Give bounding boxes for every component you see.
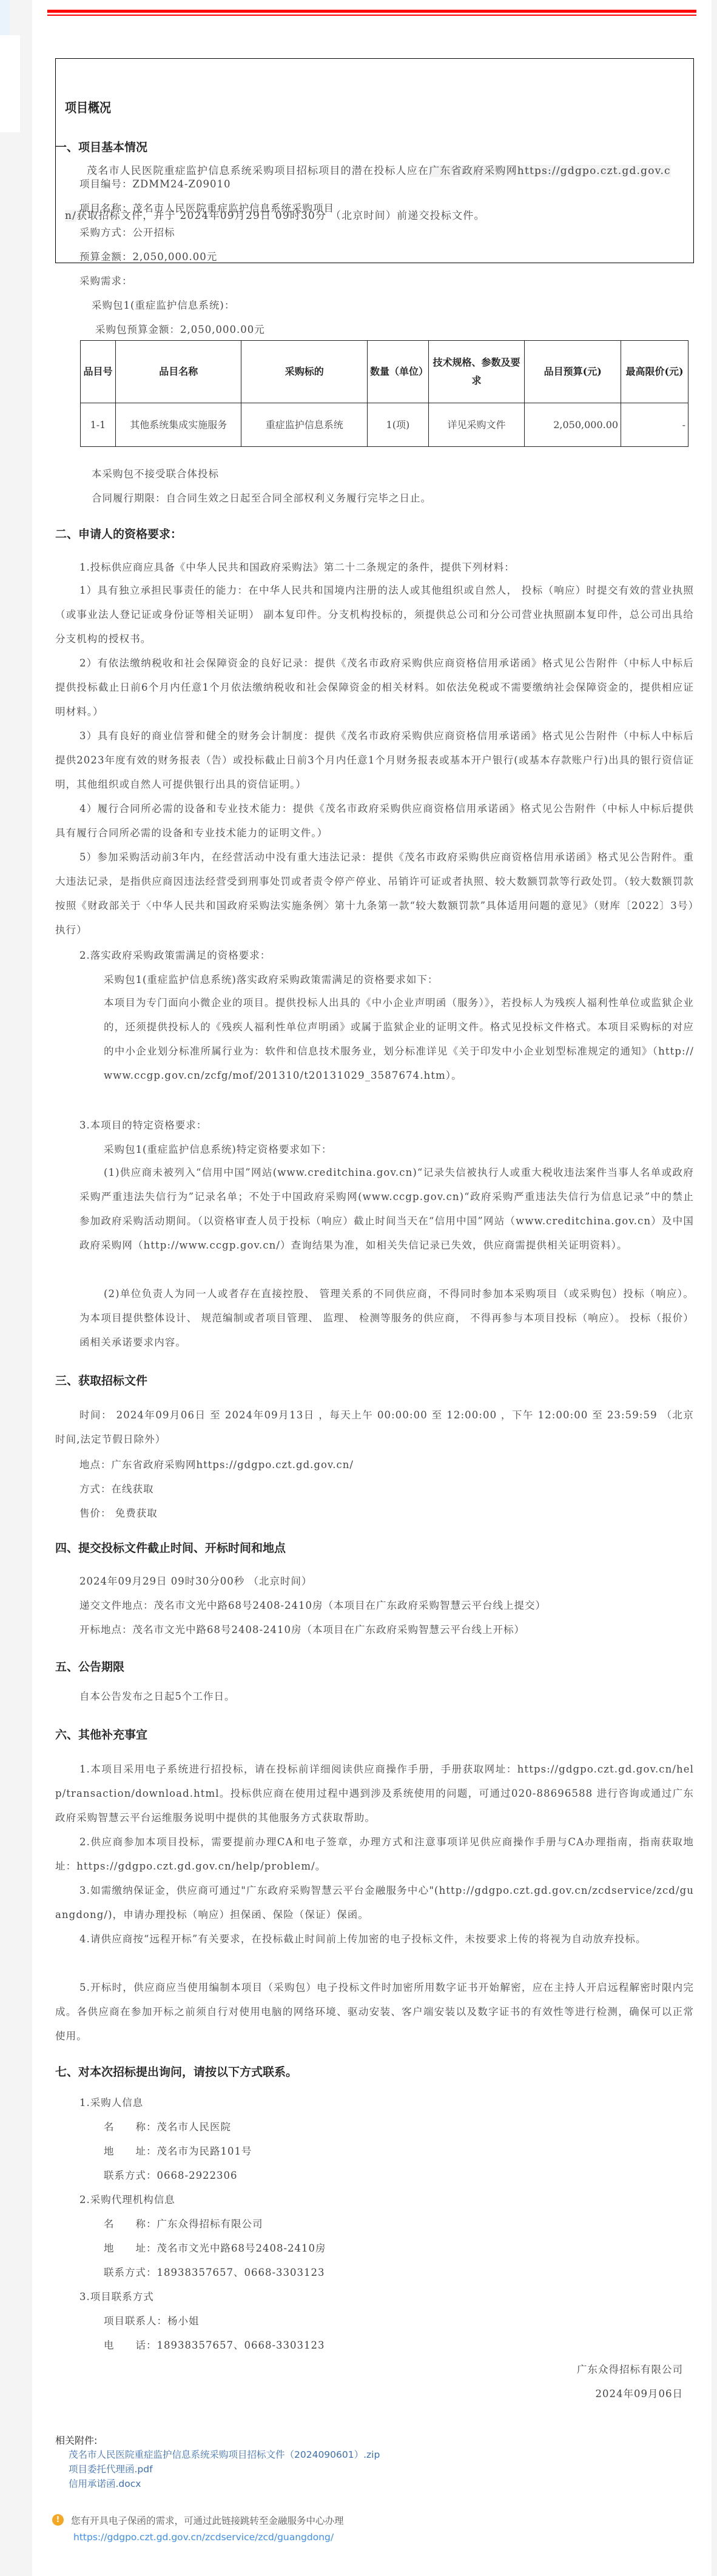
left-side-blank xyxy=(0,35,20,132)
col-item-no: 品目号 xyxy=(81,341,116,403)
announcement-period: 自本公告发布之日起5个工作日。 xyxy=(79,1688,235,1703)
qualification-1-1: 1）具有独立承担民事责任的能力：在中华人民共和国境内注册的法人或其他组织或自然人… xyxy=(55,579,694,651)
signature-company: 广东众得招标有限公司 xyxy=(577,2361,683,2376)
supplement-2: 2.供应商参加本项目投标，需要提前办理CA和电子签章，办理方式和注意事项详见供应… xyxy=(55,1830,694,1879)
agency-name: 名 称：广东众得招标有限公司 xyxy=(104,2216,263,2230)
cell-item-name: 其他系统集成实施服务 xyxy=(115,403,241,447)
qualification-1-5: 5）参加采购活动前3年内，在经营活动中没有重大违法记录：提供《茂名市政府采购供应… xyxy=(55,845,694,942)
qualification-2-text: 本项目为专门面向小微企业的项目。提供投标人出具的《中小企业声明函（服务）》，若投… xyxy=(104,991,694,1088)
no-consortium-note: 本采购包不接受联合体投标 xyxy=(92,466,219,480)
purchaser-contact: 联系方式：0668-2922306 xyxy=(104,2167,238,2182)
section6-title: 六、其他补充事宜 xyxy=(55,1726,147,1742)
submission-place: 递交文件地点：茂名市文光中路68号2408-2410房（本项目在广东政府采购智慧… xyxy=(79,1597,546,1612)
col-budget: 品目预算(元) xyxy=(525,341,621,403)
qualification-1-4: 4）履行合同所必需的设备和专业技术能力：提供《茂名市政府采购供应商资格信用承诺函… xyxy=(55,797,694,845)
project-contact-person: 项目联系人：杨小姐 xyxy=(104,2313,200,2327)
warning-icon: ! xyxy=(52,2514,64,2526)
procurement-method: 采购方式：公开招标 xyxy=(79,224,175,239)
cell-subject: 重症监护信息系统 xyxy=(241,403,368,447)
project-number: 项目编号：ZDMM24-Z09010 xyxy=(79,176,231,190)
qualification-3-package: 采购包1(重症监护信息系统)特定资格要求如下： xyxy=(104,1141,332,1156)
qualification-1: 1.投标供应商应具备《中华人民共和国政府采购法》第二十二条规定的条件，提供下列材… xyxy=(79,559,515,574)
obtain-place: 地点：广东省政府采购网https://gdgpo.czt.gd.gov.cn/ xyxy=(79,1457,354,1471)
col-subject: 采购标的 xyxy=(241,341,368,403)
qualification-1-3: 3）具有良好的商业信誉和健全的财务会计制度：提供《茂名市政府采购供应商资格信用承… xyxy=(55,724,694,797)
section3-title: 三、获取招标文件 xyxy=(55,1372,147,1388)
obtain-time: 时间： 2024年09月06日 至 2024年09月13日 ，每天上午 00:0… xyxy=(55,1403,694,1452)
items-table: 品目号 品目名称 采购标的 数量（单位） 技术规格、参数及要求 品目预算(元) … xyxy=(80,340,688,447)
purchaser-name: 名 称：茂名市人民医院 xyxy=(104,2119,231,2133)
attachment-link-credit-docx[interactable]: 信用承诺函.docx xyxy=(69,2477,141,2490)
supplement-3: 3.如需缴纳保证金，供应商可通过"广东政府采购智慧云平台金融服务中心"(http… xyxy=(55,1879,694,1927)
section4-title: 四、提交投标文件截止时间、开标时间和地点 xyxy=(55,1539,286,1555)
cell-budget: 2,050,000.00 xyxy=(525,403,621,447)
col-quantity: 数量（单位） xyxy=(368,341,429,403)
finance-service-link[interactable]: https://gdgpo.czt.gd.gov.cn/zcdservice/z… xyxy=(73,2532,334,2543)
col-max-price: 最高限价(元) xyxy=(621,341,688,403)
submission-deadline: 2024年09月29日 09时30分00秒 （北京时间） xyxy=(79,1573,312,1588)
project-contact-title: 3.项目联系方式 xyxy=(79,2289,154,2303)
procurement-demand: 采购需求： xyxy=(79,273,133,287)
qualification-3-2: (2)单位负责人为同一人或者存在直接控股、 管理关系的不同供应商，不得同时参加本… xyxy=(79,1282,694,1355)
supplement-4: 4.请供应商按“远程开标”有关要求，在投标截止时间前上传加密的电子投标文件，未按… xyxy=(55,1927,694,1951)
project-contact-phone: 电 话：18938357657、0668-3303123 xyxy=(104,2337,325,2352)
attachment-link-tender-zip[interactable]: 茂名市人民医院重症监护信息系统采购项目招标文件（2024090601）.zip xyxy=(69,2447,380,2461)
cell-specs: 详见采购文件 xyxy=(428,403,525,447)
cell-item-no: 1-1 xyxy=(81,403,116,447)
qualification-1-2: 2）有依法缴纳税收和社会保障资金的良好记录：提供《茂名市政府采购供应商资格信用承… xyxy=(55,651,694,724)
left-side-panel xyxy=(0,0,10,35)
section7-title: 七、对本次招标提出询问，请按以下方式联系。 xyxy=(55,2063,297,2079)
qualification-2: 2.落实政府采购政策需满足的资格要求： xyxy=(79,947,271,962)
supplement-1: 1.本项目采用电子系统进行招投标，请在投标前详细阅读供应商操作手册，手册获取网址… xyxy=(55,1757,694,1830)
overview-title: 项目概况 xyxy=(65,98,111,116)
table-header-row: 品目号 品目名称 采购标的 数量（单位） 技术规格、参数及要求 品目预算(元) … xyxy=(81,341,688,403)
overview-text-before: 茂名市人民医院重症监护信息系统采购项目招标项目的潜在投标人应在 xyxy=(87,165,429,177)
signature-date: 2024年09月06日 xyxy=(596,2386,683,2400)
guarantee-notice-text: 您有开具电子保函的需求，可通过此链接跳转至金融服务中心办理 xyxy=(71,2514,344,2527)
announcement-content: 项目概况 茂名市人民医院重症监护信息系统采购项目招标项目的潜在投标人应在广东省政… xyxy=(32,0,712,2576)
supplement-5: 5.开标时，供应商应当使用编制本项目（采购包）电子投标文件时加密所用数字证书开始… xyxy=(55,1976,694,2048)
section5-title: 五、公告期限 xyxy=(55,1658,124,1674)
budget-amount: 预算金额：2,050,000.00元 xyxy=(79,249,217,263)
package-budget: 采购包预算金额：2,050,000.00元 xyxy=(95,321,265,336)
purchaser-info-title: 1.采购人信息 xyxy=(79,2095,143,2109)
agency-address: 地 址：茂名市文光中路68号2408-2410房 xyxy=(104,2240,326,2255)
cell-quantity: 1(项) xyxy=(368,403,429,447)
col-specs: 技术规格、参数及要求 xyxy=(428,341,525,403)
col-item-name: 品目名称 xyxy=(115,341,241,403)
agency-info-title: 2.采购代理机构信息 xyxy=(79,2192,175,2206)
cell-max-price: - xyxy=(621,403,688,447)
contract-period: 合同履行期限：自合同生效之日起至合同全部权利义务履行完毕之日止。 xyxy=(92,490,431,505)
qualification-3: 3.本项目的特定资格要求： xyxy=(79,1117,207,1132)
qualification-2-package: 采购包1(重症监护信息系统)落实政府采购政策需满足的资格要求如下： xyxy=(104,971,438,986)
package-name: 采购包1(重症监护信息系统)： xyxy=(92,297,235,312)
section2-title: 二、申请人的资格要求： xyxy=(55,525,182,542)
red-header-rule-thin xyxy=(47,15,696,16)
obtain-method: 方式：在线获取 xyxy=(79,1481,154,1495)
table-row: 1-1 其他系统集成实施服务 重症监护信息系统 1(项) 详见采购文件 2,05… xyxy=(81,403,688,447)
opening-place: 开标地点：茂名市文光中路68号2408-2410房（本项目在广东政府采购智慧云平… xyxy=(79,1622,525,1636)
agency-contact: 联系方式：18938357657、0668-3303123 xyxy=(104,2264,325,2279)
qualification-3-1: (1)供应商未被列入“信用中国”网站(www.creditchina.gov.c… xyxy=(79,1161,694,1258)
obtain-price: 售价： 免费获取 xyxy=(79,1505,158,1520)
purchaser-address: 地 址：茂名市为民路101号 xyxy=(104,2143,252,2158)
attachment-link-entrust-pdf[interactable]: 项目委托代理函.pdf xyxy=(69,2462,153,2475)
red-header-rule xyxy=(47,10,696,13)
project-name: 项目名称：茂名市人民医院重症监护信息系统采购项目 xyxy=(79,200,334,215)
section1-title: 一、项目基本情况 xyxy=(55,138,147,155)
attachments-label: 相关附件: xyxy=(55,2433,97,2447)
